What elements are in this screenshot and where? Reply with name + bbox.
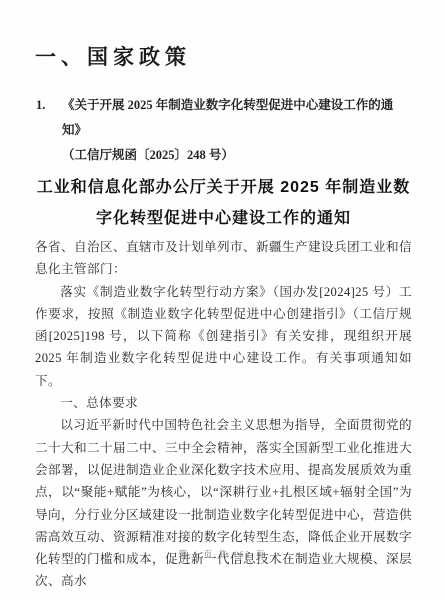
document-page: 一、国家政策 1. 《关于开展 2025 年制造业数字化转型促进中心建设工作的通… <box>0 0 445 600</box>
document-body: 各省、自治区、直辖市及计划单列市、新疆生产建设兵团工业和信息化主管部门： 落实《… <box>35 236 412 593</box>
page-number-footer: 第 1 页 共 162 页 <box>0 548 445 560</box>
notice-heading: 工业和信息化部办公厅关于开展 2025 年制造业数字化转型促进中心建设工作的通知 <box>35 172 412 234</box>
paragraph-2: 以习近平新时代中国特色社会主义思想为指导，全面贯彻党的二十大和二十届二中、三中全… <box>35 414 412 592</box>
salutation-line: 各省、自治区、直辖市及计划单列市、新疆生产建设兵团工业和信息化主管部门： <box>35 236 412 281</box>
paragraph-1: 落实《制造业数字化转型行动方案》（国办发[2024]25 号）工作要求，按照《制… <box>35 281 412 392</box>
notice-list-item: 1. 《关于开展 2025 年制造业数字化转型促进中心建设工作的通知》 （工信厅… <box>35 93 412 168</box>
sub-heading-general-requirements: 一、总体要求 <box>35 392 412 414</box>
notice-reference-title: 《关于开展 2025 年制造业数字化转型促进中心建设工作的通知》 <box>62 93 412 143</box>
section-title: 一、国家政策 <box>35 44 412 70</box>
list-item-number: 1. <box>36 93 45 118</box>
notice-reference-doc-number: （工信厅规函〔2025〕248 号） <box>62 143 412 168</box>
